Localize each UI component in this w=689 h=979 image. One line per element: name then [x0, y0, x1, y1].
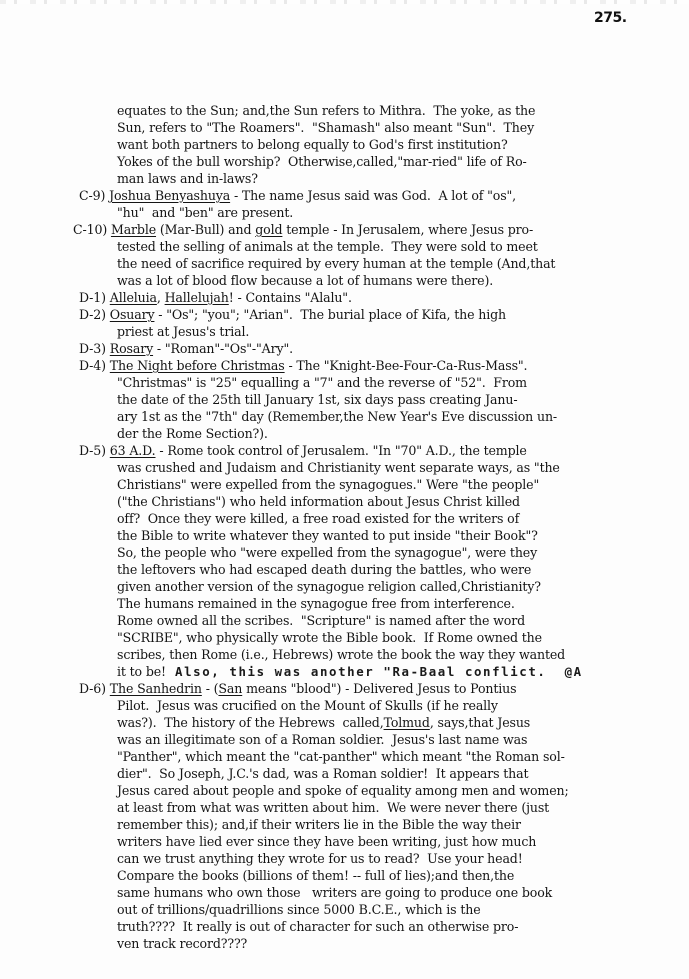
page-number: 275.	[594, 10, 627, 26]
entry-line: off? Once they were killed, a free road …	[117, 510, 519, 527]
entry-line: was?). The history of the Hebrews called…	[117, 714, 530, 731]
entry-label: D-2)	[79, 307, 106, 322]
entry-term: The Sanhedrin	[110, 681, 202, 696]
entry-text: - The "Knight-Bee-Four-Ca-Rus-Mass".	[285, 358, 528, 373]
entry-line: "Christmas" is "25" equalling a "7" and …	[117, 374, 527, 391]
typed-annotation: Also, this was another "Ra-Baal conflict…	[166, 664, 583, 679]
scan-edge-noise	[0, 0, 689, 4]
entry-text: - "Roman"-"Os"-"Ary".	[153, 341, 293, 356]
entry-line: the Bible to write whatever they wanted …	[117, 527, 538, 544]
entry-term-secondary: Hallelujah	[165, 290, 229, 305]
entry-line: ary 1st as the "7th" day (Remember,the N…	[117, 408, 557, 425]
entry-c9: C-9) Joshua Benyashuya - The name Jesus …	[79, 187, 516, 204]
entry-text: , says,that Jesus	[430, 715, 530, 730]
entry-label: D-3)	[79, 341, 106, 356]
entry-label: D-5)	[79, 443, 106, 458]
entry-text: (Mar-Bull) and	[156, 222, 255, 237]
entry-line: scribes, then Rome (i.e., Hebrews) wrote…	[117, 646, 565, 663]
entry-line: ven track record????	[117, 935, 247, 952]
document-page: 275. equates to the Sun; and,the Sun ref…	[0, 0, 689, 979]
entry-label: C-10)	[73, 222, 107, 237]
entry-d4: D-4) The Night before Christmas - The "K…	[79, 357, 527, 374]
entry-line: truth???? It really is out of character …	[117, 918, 518, 935]
entry-text: ,	[157, 290, 165, 305]
entry-line: at least from what was written about him…	[117, 799, 549, 816]
intro-line: man laws and in-laws?	[117, 170, 258, 187]
entry-line-typed-insert: it to be! Also, this was another "Ra-Baa…	[117, 663, 583, 680]
entry-line: Pilot. Jesus was crucified on the Mount …	[117, 697, 498, 714]
entry-text: - (	[202, 681, 219, 696]
entry-text: means "blood") - Delivered Jesus to Pont…	[242, 681, 516, 696]
intro-line: Sun, refers to "The Roamers". "Shamash" …	[117, 119, 534, 136]
intro-line: equates to the Sun; and,the Sun refers t…	[117, 102, 535, 119]
entry-line: the need of sacrifice required by every …	[117, 255, 555, 272]
entry-line: Compare the books (billions of them! -- …	[117, 867, 514, 884]
entry-c10: C-10) Marble (Mar-Bull) and gold temple …	[73, 221, 533, 238]
entry-d2: D-2) Osuary - "Os"; "you"; "Arian". The …	[79, 306, 506, 323]
entry-label: D-4)	[79, 358, 106, 373]
entry-line: ("the Christians") who held information …	[117, 493, 520, 510]
entry-text: it to be!	[117, 664, 166, 679]
entry-term: Alleluia	[110, 290, 157, 305]
entry-line: tested the selling of animals at the tem…	[117, 238, 538, 255]
entry-line: The humans remained in the synagogue fre…	[117, 595, 515, 612]
entry-term: Joshua Benyashuya	[109, 188, 230, 203]
entry-line: "SCRIBE", who physically wrote the Bible…	[117, 629, 542, 646]
entry-line: was an illegitimate son of a Roman soldi…	[117, 731, 527, 748]
entry-line: writers have lied ever since they have b…	[117, 833, 536, 850]
entry-line: same humans who own those writers are go…	[117, 884, 552, 901]
entry-term: The Night before Christmas	[110, 358, 285, 373]
entry-text: ! - Contains "Alalu".	[229, 290, 352, 305]
intro-line: want both partners to belong equally to …	[117, 136, 508, 153]
entry-term: Marble	[111, 222, 156, 237]
entry-line: given another version of the synagogue r…	[117, 578, 541, 595]
entry-d1: D-1) Alleluia, Hallelujah! - Contains "A…	[79, 289, 352, 306]
entry-d5: D-5) 63 A.D. - Rome took control of Jeru…	[79, 442, 527, 459]
entry-line: der the Rome Section?).	[117, 425, 268, 442]
entry-text: - Rome took control of Jerusalem. "In "7…	[156, 443, 527, 458]
entry-line: "Panther", which meant the "cat-panther"…	[117, 748, 565, 765]
intro-line: Yokes of the bull worship? Otherwise,cal…	[117, 153, 527, 170]
entry-line: can we trust anything they wrote for us …	[117, 850, 523, 867]
entry-line: "hu" and "ben" are present.	[117, 204, 293, 221]
entry-label: D-6)	[79, 681, 106, 696]
entry-term: 63 A.D.	[110, 443, 156, 458]
entry-text: - The name Jesus said was God. A lot of …	[230, 188, 516, 203]
entry-text: - "Os"; "you"; "Arian". The burial place…	[154, 307, 506, 322]
entry-d6: D-6) The Sanhedrin - (San means "blood")…	[79, 680, 516, 697]
entry-line: was a lot of blood flow because a lot of…	[117, 272, 493, 289]
entry-line: priest at Jesus's trial.	[117, 323, 249, 340]
entry-line: remember this); and,if their writers lie…	[117, 816, 521, 833]
entry-line: was crushed and Judaism and Christianity…	[117, 459, 560, 476]
entry-term: Rosary	[110, 341, 153, 356]
entry-line: out of trillions/quadrillions since 5000…	[117, 901, 481, 918]
entry-term-secondary: gold	[255, 222, 282, 237]
entry-line: Christians" were expelled from the synag…	[117, 476, 539, 493]
entry-d3: D-3) Rosary - "Roman"-"Os"-"Ary".	[79, 340, 293, 357]
entry-line: Rome owned all the scribes. "Scripture" …	[117, 612, 525, 629]
entry-line: the date of the 25th till January 1st, s…	[117, 391, 517, 408]
entry-line: dier". So Joseph, J.C.'s dad, was a Roma…	[117, 765, 528, 782]
entry-text: temple - In Jerusalem, where Jesus pro-	[282, 222, 533, 237]
entry-term-secondary: San	[218, 681, 242, 696]
entry-label: D-1)	[79, 290, 106, 305]
entry-text: was?). The history of the Hebrews called…	[117, 715, 384, 730]
entry-line: the leftovers who had escaped death duri…	[117, 561, 531, 578]
entry-term-tolmud: Tolmud	[384, 715, 430, 730]
entry-line: So, the people who "were expelled from t…	[117, 544, 537, 561]
entry-line: Jesus cared about people and spoke of eq…	[117, 782, 569, 799]
entry-label: C-9)	[79, 188, 105, 203]
entry-term: Osuary	[110, 307, 155, 322]
